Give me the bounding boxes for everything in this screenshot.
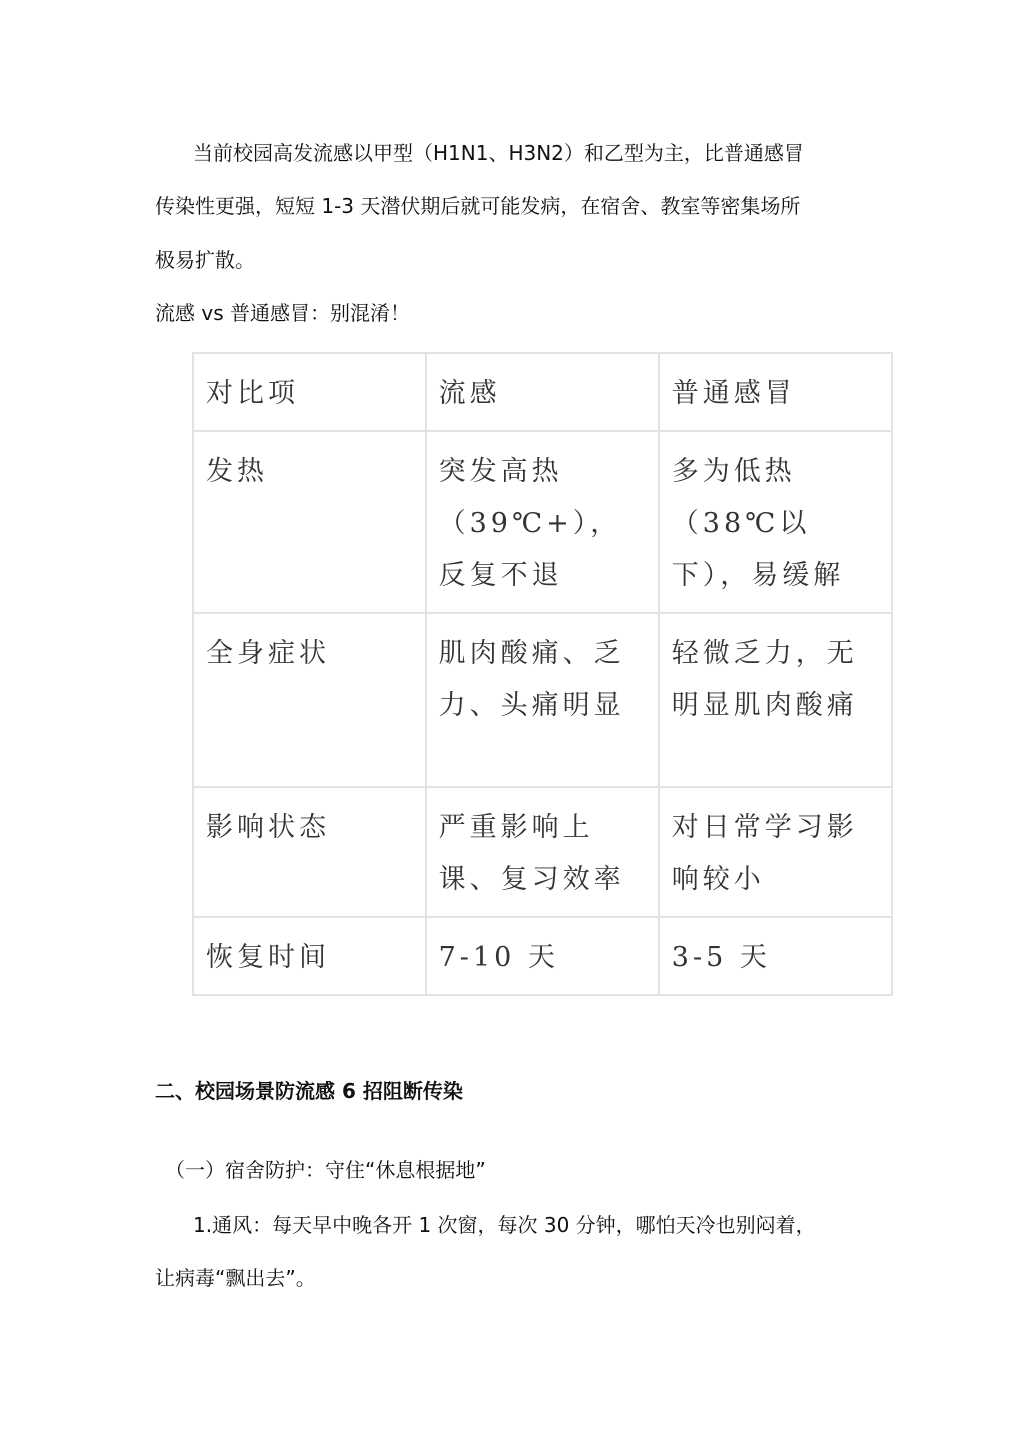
list-item-line-1: 1.通风：每天早中晚各开 1 次窗，每次 30 分钟，哪怕天冷也别闷着， bbox=[193, 1215, 816, 1235]
section-heading: 二、校园场景防流感 6 招阻断传染 bbox=[155, 1080, 463, 1102]
table-cell: 全身症状 bbox=[193, 613, 426, 787]
table-row: 影响状态 严重影响上课、复习效率 对日常学习影响较小 bbox=[193, 787, 892, 917]
table-cell: 肌肉酸痛、乏力、头痛明显 bbox=[426, 613, 659, 787]
table-cell: 7-10 天 bbox=[426, 917, 659, 995]
table-header-cell: 流感 bbox=[426, 353, 659, 431]
table-cell: 对日常学习影响较小 bbox=[659, 787, 892, 917]
table-header-row: 对比项 流感 普通感冒 bbox=[193, 353, 892, 431]
table-cell: 轻微乏力，无明显肌肉酸痛 bbox=[659, 613, 892, 787]
table-cell: 多为低热（38℃以下），易缓解 bbox=[659, 431, 892, 613]
table-row: 发热 突发高热（39℃+），反复不退 多为低热（38℃以下），易缓解 bbox=[193, 431, 892, 613]
table-row: 恢复时间 7-10 天 3-5 天 bbox=[193, 917, 892, 995]
table-header-cell: 对比项 bbox=[193, 353, 426, 431]
table-cell: 严重影响上课、复习效率 bbox=[426, 787, 659, 917]
intro-paragraph-line-1: 当前校园高发流感以甲型（H1N1、H3N2）和乙型为主，比普通感冒 bbox=[193, 143, 804, 163]
flu-vs-cold-table: 对比项 流感 普通感冒 发热 突发高热（39℃+），反复不退 多为低热（38℃以… bbox=[192, 352, 893, 996]
table-header-cell: 普通感冒 bbox=[659, 353, 892, 431]
list-item-line-2: 让病毒“飘出去”。 bbox=[155, 1268, 316, 1288]
table-cell: 3-5 天 bbox=[659, 917, 892, 995]
table-cell: 影响状态 bbox=[193, 787, 426, 917]
table-row: 全身症状 肌肉酸痛、乏力、头痛明显 轻微乏力，无明显肌肉酸痛 bbox=[193, 613, 892, 787]
table-cell: 恢复时间 bbox=[193, 917, 426, 995]
table-cell: 突发高热（39℃+），反复不退 bbox=[426, 431, 659, 613]
table-cell: 发热 bbox=[193, 431, 426, 613]
intro-paragraph-line-3: 极易扩散。 bbox=[155, 250, 255, 270]
subsection-heading: （一）宿舍防护：守住“休息根据地” bbox=[165, 1160, 486, 1180]
comparison-title: 流感 vs 普通感冒：别混淆！ bbox=[155, 303, 410, 323]
intro-paragraph-line-2: 传染性更强，短短 1-3 天潜伏期后就可能发病，在宿舍、教室等密集场所 bbox=[155, 196, 800, 216]
